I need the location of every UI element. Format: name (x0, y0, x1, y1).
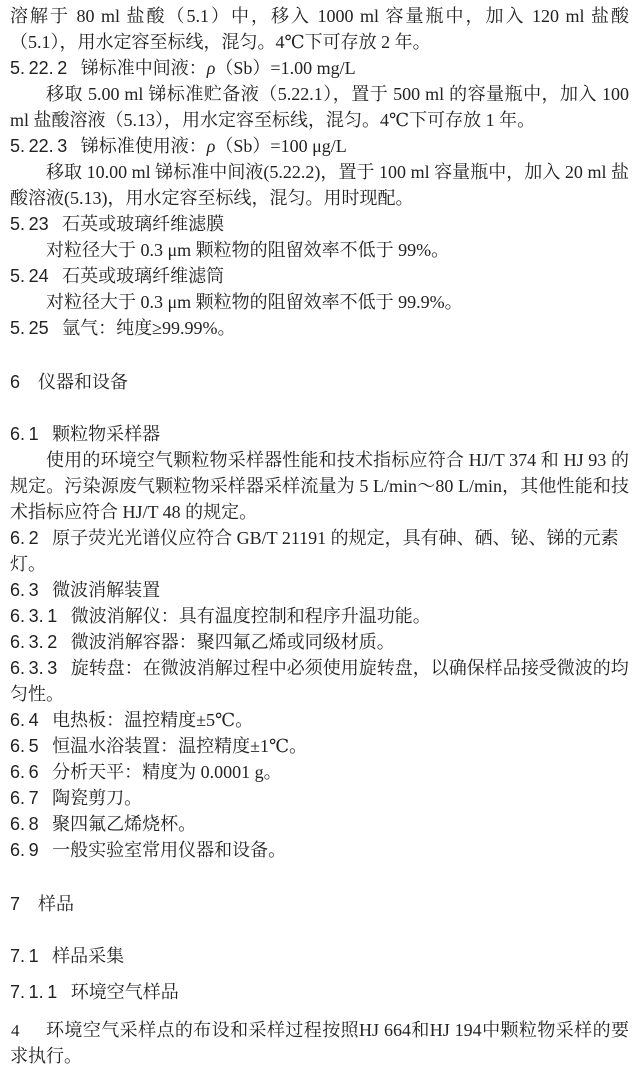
clause-heading: 6. 3微波消解装置 (10, 577, 629, 603)
clause-heading: 6. 2原子荧光光谱仪应符合 GB/T 21191 的规定，具有砷、硒、铋、锑的… (10, 525, 629, 577)
text-run: 纯度≥99.99%。 (116, 318, 235, 338)
text-run: 对粒径大于 0.3 μm 颗粒物的阻留效率不低于 99.9%。 (46, 292, 463, 312)
paragraph: 对粒径大于 0.3 μm 颗粒物的阻留效率不低于 99.9%。 (10, 289, 629, 315)
text-run: 恒温水浴装置：温控精度±1℃。 (52, 736, 307, 756)
clause-heading: 5. 25氩气：纯度≥99.99%。 (10, 315, 629, 341)
clause-heading: 5. 23石英或玻璃纤维滤膜 (10, 211, 629, 237)
clause-number: 5. 22. 2 (10, 58, 67, 78)
text-run: 石英或玻璃纤维滤筒 (62, 266, 224, 286)
clause-number: 6. 7 (10, 788, 39, 808)
clause-number: 6. 2 (10, 528, 39, 548)
text-run: 移取 5.00 ml 锑标准贮备液（5.22.1），置于 500 ml 的容量瓶… (10, 84, 629, 130)
clause-heading: 6. 3. 3旋转盘：在微波消解过程中必须使用旋转盘，以确保样品接受微波的均匀性… (10, 655, 629, 707)
clause-number: 6. 3. 3 (10, 658, 57, 678)
clause-number: 6. 3. 2 (10, 632, 57, 652)
paragraph: 环境空气采样点的布设和采样过程按照HJ 664和HJ 194中颗粒物采样的要求执… (10, 1017, 629, 1047)
text-run: 溶解于 80 ml 盐酸（5.1）中，移入 1000 ml 容量瓶中，加入 12… (10, 6, 629, 52)
clause-number: 6. 4 (10, 710, 39, 730)
paragraph: 使用的环境空气颗粒物采样器性能和技术指标应符合 HJ/T 374 和 HJ 93… (10, 447, 629, 525)
chapter-heading: 7样品 (10, 891, 629, 917)
text-run: 原子荧光光谱仪应符合 GB/T 21191 的规定，具有砷、硒、铋、锑的元素灯。 (10, 528, 619, 574)
paragraph: 移取 5.00 ml 锑标准贮备液（5.22.1），置于 500 ml 的容量瓶… (10, 81, 629, 133)
text-run: 聚四氟乙烯烧杯。 (52, 814, 196, 834)
text-run: 使用的环境空气颗粒物采样器性能和技术指标应符合 HJ/T 374 和 HJ 93… (10, 450, 629, 522)
clause-heading: 6. 3. 2微波消解容器：聚四氟乙烯或同级材质。 (10, 629, 629, 655)
subsection-heading: 7. 1. 1环境空气样品 (10, 979, 629, 1005)
text-run: 一般实验室常用仪器和设备。 (52, 840, 286, 860)
clause-heading: 6. 4电热板：温控精度±5℃。 (10, 707, 629, 733)
text-run: 陶瓷剪刀。 (52, 788, 142, 808)
paragraph: 对粒径大于 0.3 μm 颗粒物的阻留效率不低于 99%。 (10, 237, 629, 263)
clause-number: 6 (10, 372, 20, 392)
clause-number: 6. 8 (10, 814, 39, 834)
clause-number: 6. 3. 1 (10, 606, 57, 626)
clause-number: 7. 1 (10, 946, 39, 966)
text-run: 仪器和设备 (38, 372, 128, 392)
text-run: 氩气： (62, 318, 116, 338)
page-footer: 4 (11, 1020, 20, 1042)
clause-heading: 6. 7陶瓷剪刀。 (10, 785, 629, 811)
text-run: 颗粒物采样器 (52, 424, 160, 444)
text-run: 微波消解容器：聚四氟乙烯或同级材质。 (71, 632, 395, 652)
page-number: 4 (11, 1021, 20, 1040)
clause-number: 6. 1 (10, 424, 39, 444)
text-run: 样品采集 (52, 946, 124, 966)
text-run: 石英或玻璃纤维滤膜 (62, 214, 224, 234)
clause-heading: 5. 22. 2锑标准中间液：ρ（Sb）=1.00 mg/L (10, 55, 629, 81)
clause-number: 7 (10, 894, 20, 914)
clause-number: 5. 24 (10, 266, 49, 286)
text-run: 电热板：温控精度±5℃。 (52, 710, 253, 730)
document-page: 溶解于 80 ml 盐酸（5.1）中，移入 1000 ml 容量瓶中，加入 12… (0, 0, 640, 1047)
text-run: 样品 (38, 894, 74, 914)
clause-heading: 6. 5恒温水浴装置：温控精度±1℃。 (10, 733, 629, 759)
text-run: 分析天平：精度为 0.0001 g。 (52, 762, 282, 782)
text-run: 移取 10.00 ml 锑标准中间液(5.22.2)，置于 100 ml 容量瓶… (10, 162, 629, 208)
text-run: （Sb）=100 μg/L (215, 136, 346, 156)
clause-number: 6. 9 (10, 840, 39, 860)
text-run: 对粒径大于 0.3 μm 颗粒物的阻留效率不低于 99%。 (46, 240, 449, 260)
clause-number: 6. 3 (10, 580, 39, 600)
text-run: 环境空气样品 (71, 982, 179, 1002)
clause-heading: 5. 22. 3锑标准使用液：ρ（Sb）=100 μg/L (10, 133, 629, 159)
clause-heading: 6. 3. 1微波消解仪：具有温度控制和程序升温功能。 (10, 603, 629, 629)
clause-heading: 6. 6分析天平：精度为 0.0001 g。 (10, 759, 629, 785)
document-body: 溶解于 80 ml 盐酸（5.1）中，移入 1000 ml 容量瓶中，加入 12… (10, 3, 629, 1047)
clause-number: 5. 23 (10, 214, 49, 234)
clause-heading: 6. 1颗粒物采样器 (10, 421, 629, 447)
clause-number: 6. 5 (10, 736, 39, 756)
paragraph: 移取 10.00 ml 锑标准中间液(5.22.2)，置于 100 ml 容量瓶… (10, 159, 629, 211)
text-run: （Sb）=1.00 mg/L (215, 58, 355, 78)
section-heading: 7. 1样品采集 (10, 943, 629, 969)
chapter-heading: 6仪器和设备 (10, 369, 629, 395)
text-run: 锑标准中间液： (81, 58, 207, 78)
clause-number: 7. 1. 1 (10, 982, 57, 1002)
text-run: 旋转盘：在微波消解过程中必须使用旋转盘，以确保样品接受微波的均匀性。 (10, 658, 629, 704)
clause-number: 6. 6 (10, 762, 39, 782)
paragraph-continuation: 溶解于 80 ml 盐酸（5.1）中，移入 1000 ml 容量瓶中，加入 12… (10, 3, 629, 55)
clause-heading: 5. 24石英或玻璃纤维滤筒 (10, 263, 629, 289)
text-run: 微波消解装置 (52, 580, 160, 600)
clause-number: 5. 25 (10, 318, 49, 338)
clause-number: 5. 22. 3 (10, 136, 67, 156)
text-run: 环境空气采样点的布设和采样过程按照HJ 664和HJ 194中颗粒物采样的要求执… (10, 1020, 629, 1047)
clause-heading: 6. 8聚四氟乙烯烧杯。 (10, 811, 629, 837)
clause-heading: 6. 9一般实验室常用仪器和设备。 (10, 837, 629, 863)
text-run: 锑标准使用液： (81, 136, 207, 156)
text-run: 微波消解仪：具有温度控制和程序升温功能。 (71, 606, 431, 626)
